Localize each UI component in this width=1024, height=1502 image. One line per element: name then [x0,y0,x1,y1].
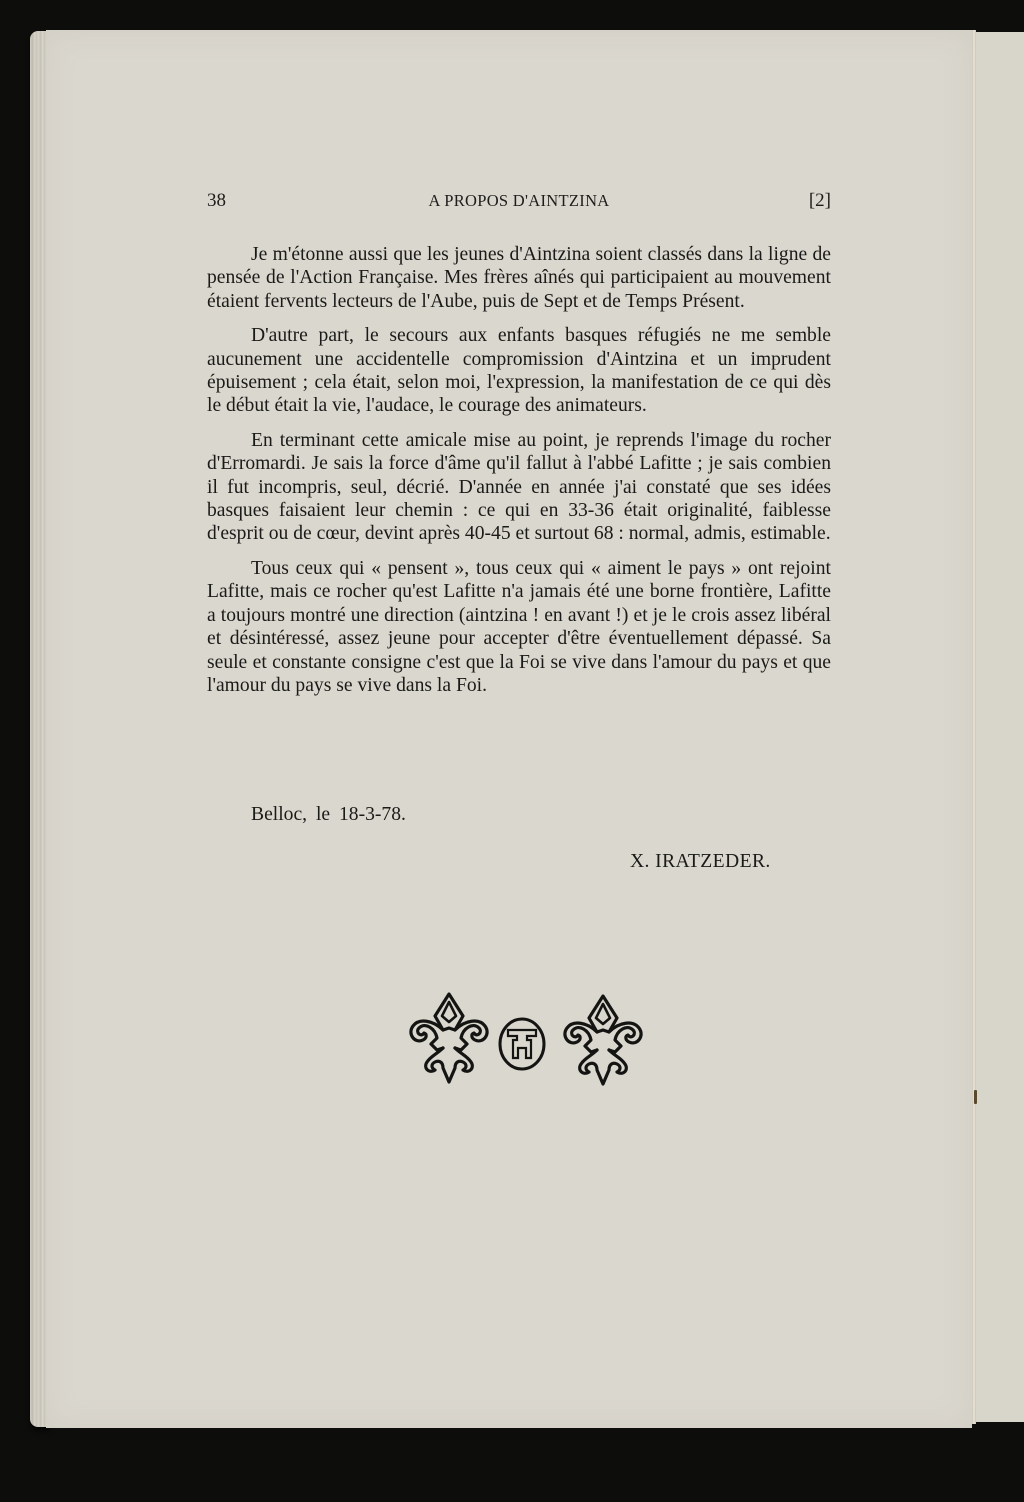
body-text: Je m'étonne aussi que les jeunes d'Aintz… [207,243,831,708]
paragraph: Tous ceux qui « pensent », tous ceux qui… [207,557,831,697]
fleur-de-lis-icon [565,996,641,1084]
facing-page-edge [976,32,1024,1422]
paragraph: Je m'étonne aussi que les jeunes d'Aintz… [207,243,831,313]
fleur-de-lis-icon [411,994,487,1082]
decorative-ornament [397,988,647,1088]
paper-blemish [974,1090,977,1104]
oval-monogram-icon [500,1019,544,1069]
paragraph: D'autre part, le secours aux enfants bas… [207,324,831,418]
dateline: Belloc, le 18-3-78. [251,804,406,826]
running-header: 38 A PROPOS D'AINTZINA [2] [207,190,831,216]
signature: X. IRATZEDER. [630,851,771,873]
running-title: A PROPOS D'AINTZINA [207,191,831,211]
paragraph: En terminant cette amicale mise au point… [207,429,831,546]
section-number: [2] [809,190,831,212]
book-page [46,30,972,1428]
